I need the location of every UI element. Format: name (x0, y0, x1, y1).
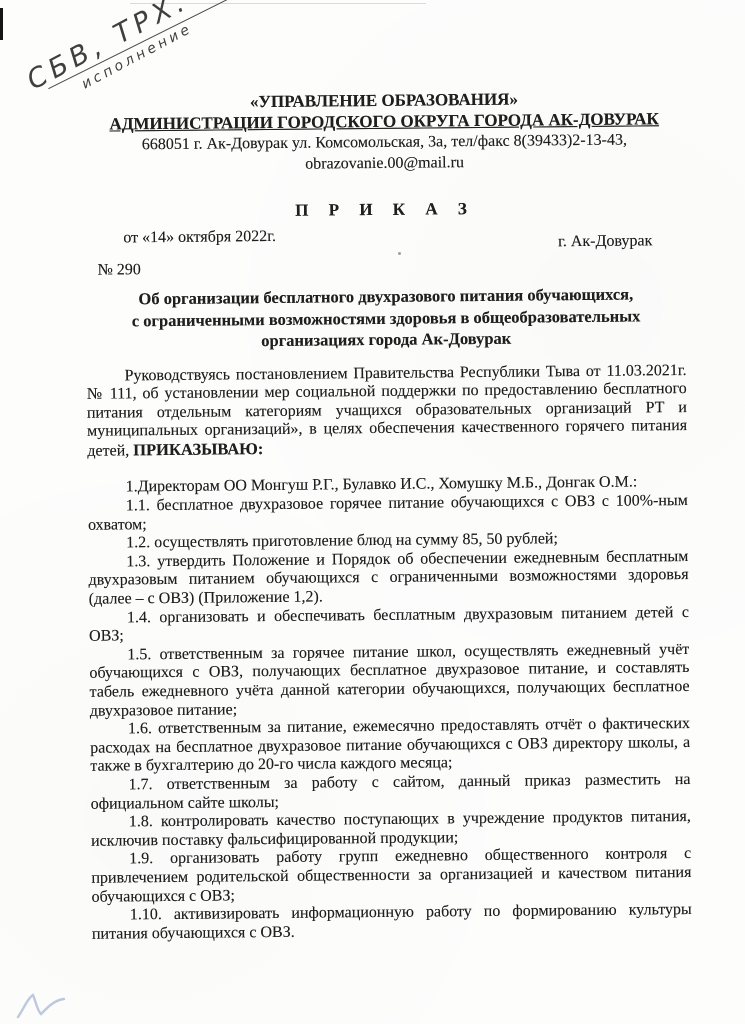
date-place-row: от «14» октября 2022г. г. Ак-Довурак (85, 222, 685, 257)
order-number: № 290 (85, 254, 685, 281)
preamble-emphasis: ПРИКАЗЫВАЮ: (133, 439, 263, 459)
order-item-1-7: 1.7. ответственным за работу с сайтом, д… (90, 771, 690, 814)
order-item-1-10: 1.10. активизировать информационную рабо… (92, 901, 692, 944)
order-title: Об организации бесплатного двухразового … (86, 283, 687, 353)
order-date: от «14» октября 2022г. (123, 226, 276, 248)
order-item-1-4: 1.4. организовать и обеспечивать бесплат… (89, 604, 689, 647)
order-item-1-8: 1.8. контролировать качество поступающих… (91, 808, 691, 851)
order-item-1-1: 1.1. бесплатное двухразовое горячее пита… (88, 492, 688, 535)
order-items: 1.Директорам ОО Монгуш Р.Г., Булавко И.С… (88, 473, 692, 944)
order-preamble: Руководствуясь постановлением Правительс… (87, 362, 688, 462)
order-item-1-3: 1.3. утвердить Положение и Порядок об об… (88, 548, 689, 610)
letterhead: «УПРАВЛЕНИЕ ОБРАЗОВАНИЯ» АДМИНИСТРАЦИИ Г… (84, 87, 685, 177)
order-item-1-6: 1.6. ответственным за питание, ежемесячн… (90, 715, 691, 777)
order-place: г. Ак-Довурак (558, 230, 652, 252)
scanned-page: СБВ, ТРХ. исполнение «УПРАВЛЕНИЕ ОБРАЗОВ… (0, 0, 745, 1024)
doc-type-heading: П Р И К А З (85, 196, 685, 223)
ink-mark-blue (14, 990, 70, 1022)
order-item-1-5: 1.5. ответственным за горячее питание шк… (89, 641, 690, 721)
order-document: «УПРАВЛЕНИЕ ОБРАЗОВАНИЯ» АДМИНИСТРАЦИИ Г… (84, 87, 692, 944)
order-item-1-9: 1.9. организовать работу групп ежедневно… (91, 845, 692, 907)
